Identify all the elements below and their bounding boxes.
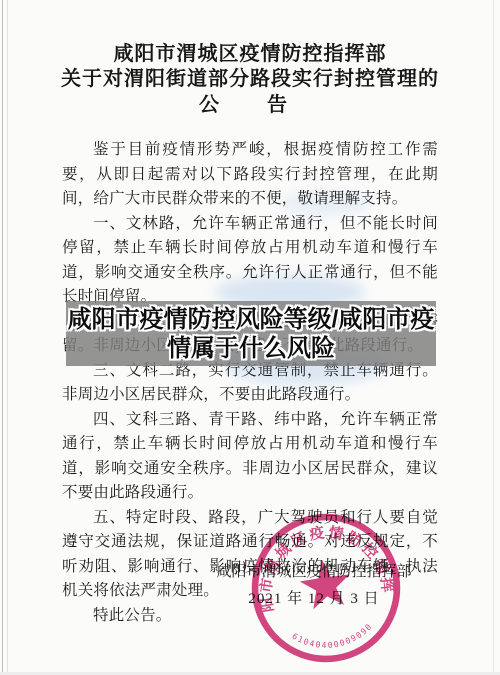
page-edge-line — [493, 0, 494, 675]
notice-title-line2: 关于对渭阳街道部分路段实行封控管理的 — [0, 67, 500, 92]
notice-title: 咸阳市渭城区疫情防控指挥部 关于对渭阳街道部分路段实行封控管理的 公 告 — [0, 42, 500, 118]
caption-overlay-band: 咸阳市疫情防控风险等级/咸阳市疫 情属于什么风险 — [66, 301, 436, 366]
notice-document: 咸阳市渭城区疫情防控指挥部 关于对渭阳街道部分路段实行封控管理的 公 告 鉴于目… — [0, 0, 500, 675]
page-edge-line — [2, 0, 3, 675]
caption-overlay-text: 咸阳市疫情防控风险等级/咸阳市疫 情属于什么风险 — [68, 305, 435, 363]
star-icon — [297, 556, 353, 610]
official-stamp: 咸阳市渭城区疫情防控指挥部 61040400009090 — [240, 502, 412, 674]
page-edge-line — [7, 0, 8, 675]
body-paragraph: 一、文林路，允许车辆正常通行，但不能长时间停留，禁止车辆长时间停放占用机动车道和… — [62, 212, 438, 310]
notice-title-line1: 咸阳市渭城区疫情防控指挥部 — [0, 42, 500, 67]
body-paragraph: 鉴于目前疫情形势严峻，根据疫情防控工作需要，从即日起需对以下路段实行封控管理，在… — [62, 138, 438, 212]
notice-title-line3: 公 告 — [0, 93, 500, 118]
body-paragraph: 四、文科三路、青干路、纬中路，允许车辆正常通行，禁止车辆长时间停放占用机动车道和… — [62, 408, 438, 506]
